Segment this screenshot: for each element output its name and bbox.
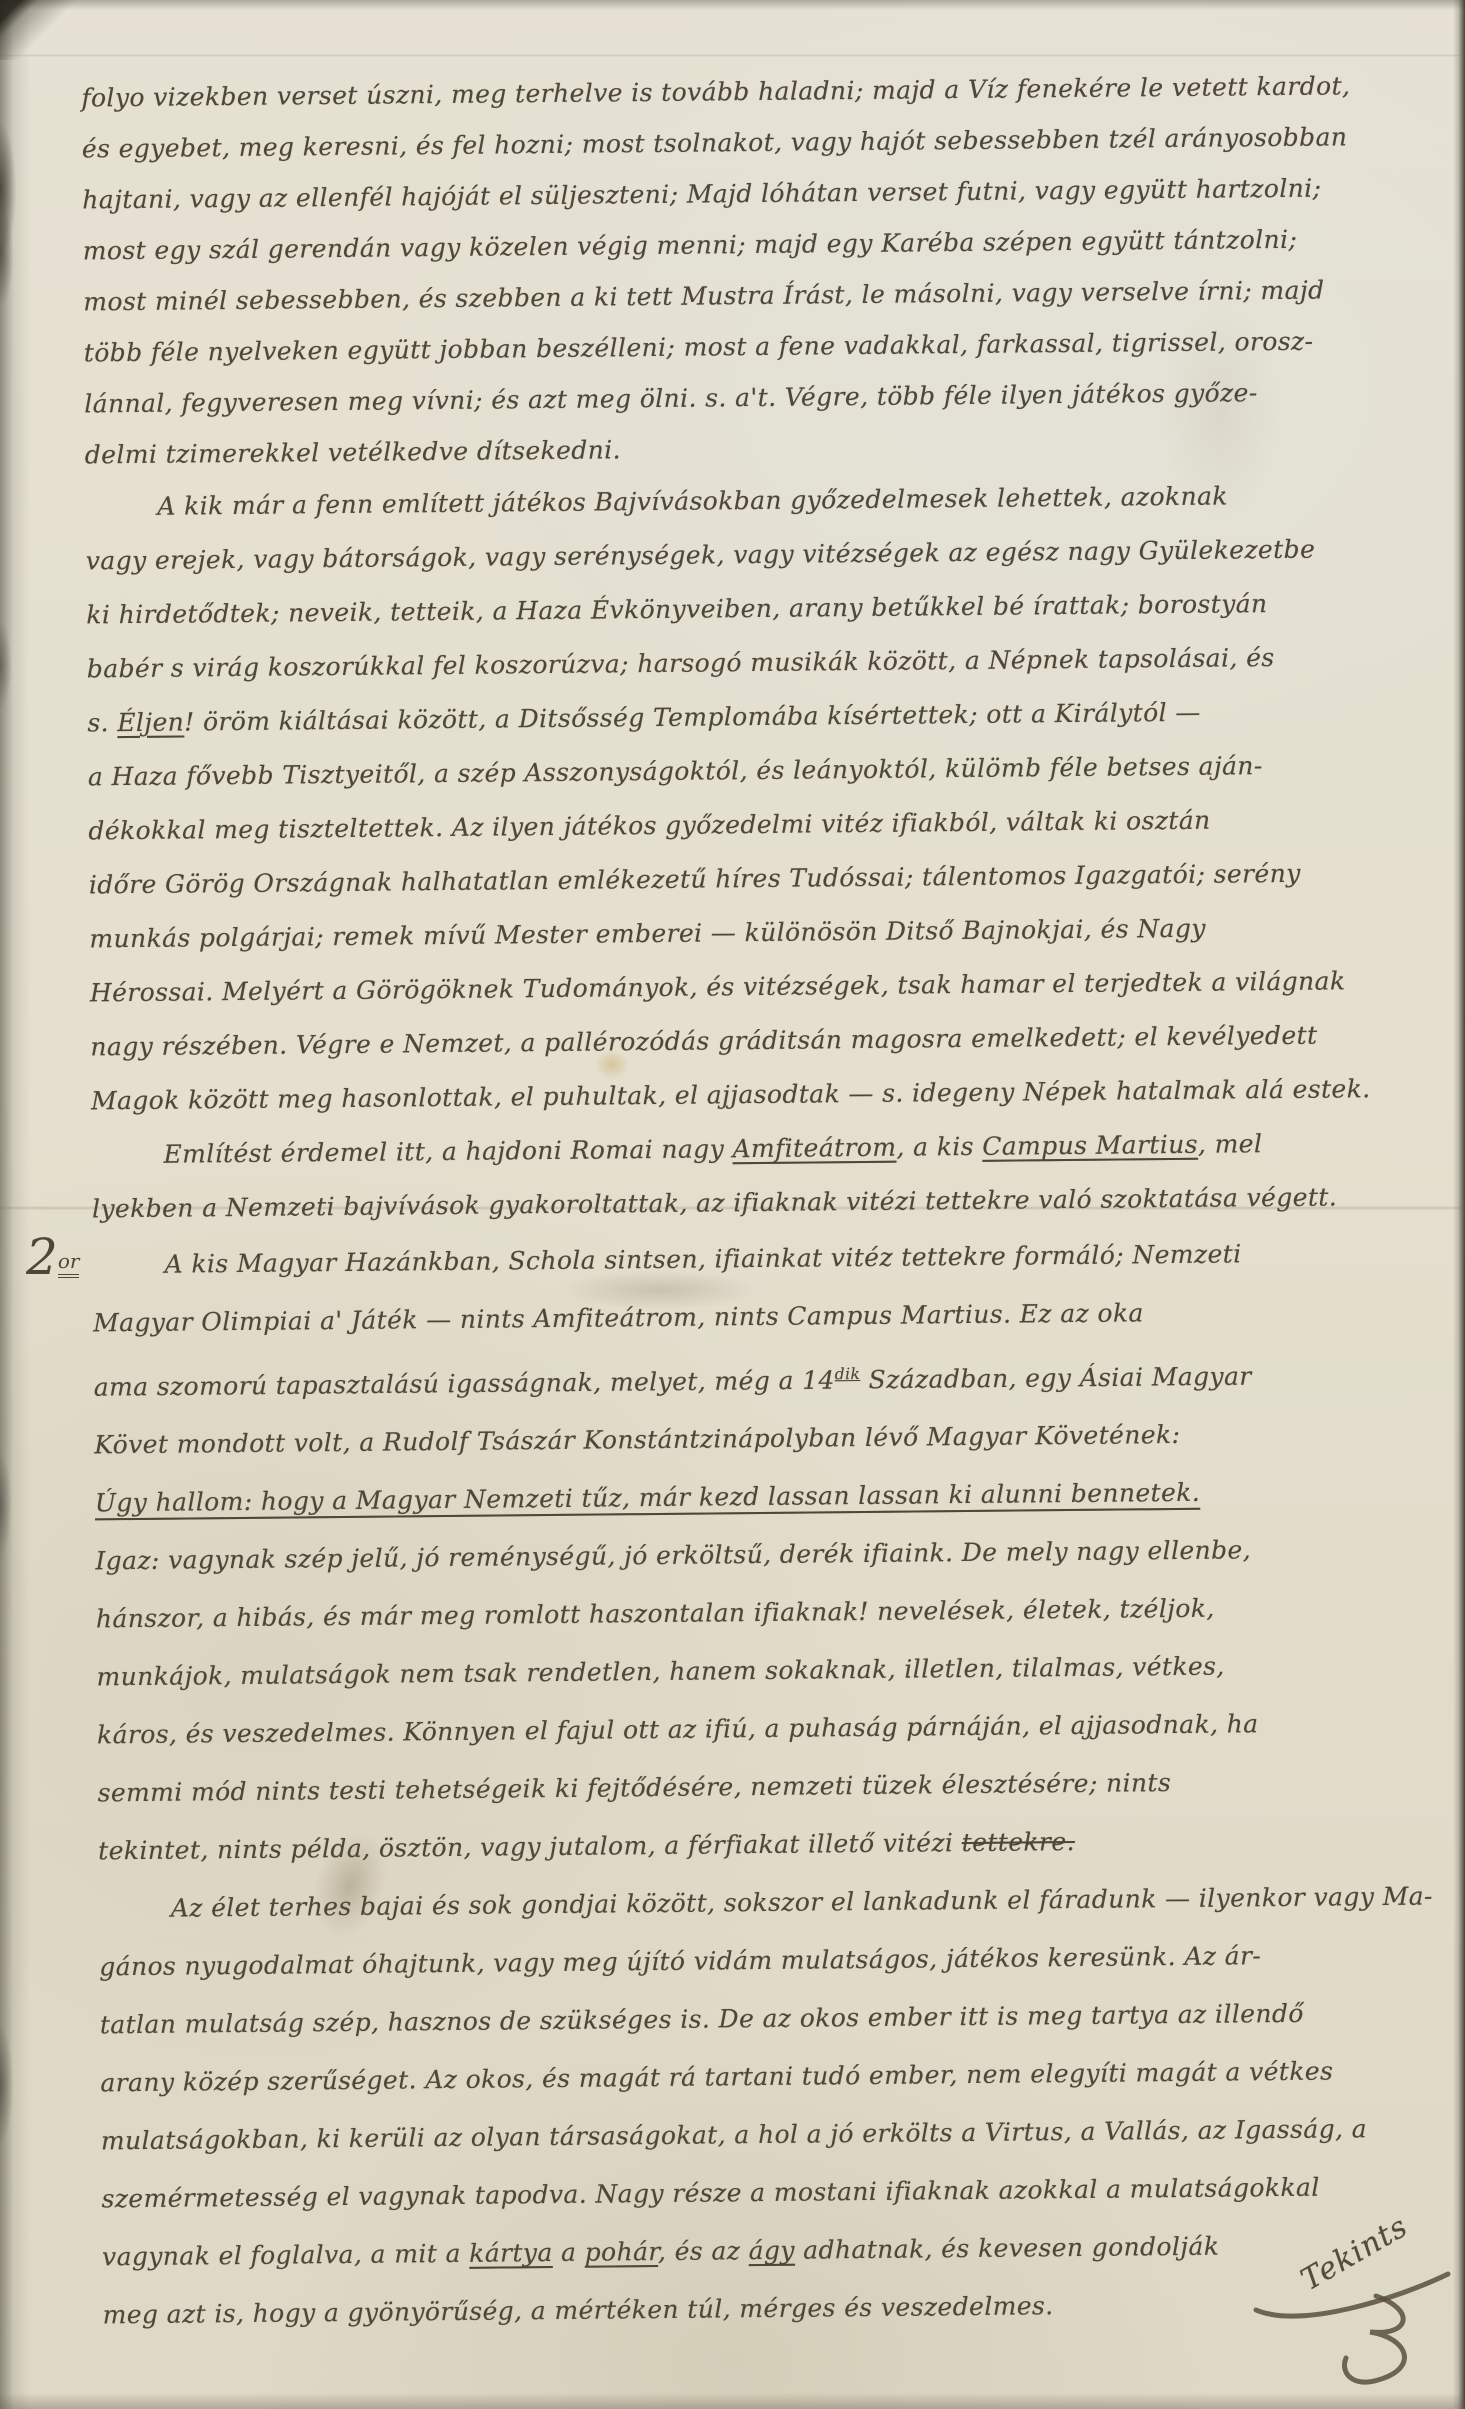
underlined-word: ágy <box>749 2236 796 2265</box>
line-segment: tekintet, nints példa, ösztön, vagy juta… <box>98 1828 962 1865</box>
manuscript-line: meg azt is, hogy a gyönyörűség, a mérték… <box>102 2274 1433 2345</box>
superscript-ordinal: dik <box>835 1365 861 1383</box>
underlined-word: pohár <box>585 2237 659 2267</box>
paragraph-2: A kik már a fenn említett játékos Bajvív… <box>85 468 1423 1237</box>
struck-word: tettekre. <box>962 1827 1075 1857</box>
manuscript-line: ama szomorú tapasztalású igasságnak, mel… <box>93 1340 1425 1417</box>
paper-edge-bottom <box>0 2393 1465 2409</box>
line-segment: , a kis <box>896 1132 982 1162</box>
line-segment: a <box>553 2238 585 2267</box>
paper-edge-top <box>0 0 1465 10</box>
underlined-word: Amfiteátrom <box>732 1133 896 1164</box>
margin-note-number: 2 <box>26 1228 58 1286</box>
line-segment: , és az <box>658 2236 749 2266</box>
underlined-word: Campus Martius <box>982 1130 1198 1161</box>
line-segment: Említést érdemel itt, a hajdoni Romai na… <box>163 1134 732 1168</box>
line-segment: adhatnak, és kevesen gondolják <box>795 2232 1220 2265</box>
paper-edge-right <box>1453 0 1465 2409</box>
manuscript-page: 2or folyo vizekben verset úszni, meg ter… <box>0 0 1465 2409</box>
line-segment: s. <box>87 708 117 737</box>
line-segment: ! öröm kiáltásai között, a Ditsősség Tem… <box>184 698 1201 737</box>
fold-crease <box>0 54 1465 57</box>
underlined-word: Éljen <box>117 707 184 737</box>
line-segment: vagynak el foglalva, a mit a <box>102 2239 469 2272</box>
underlined-word: kártya <box>469 2238 553 2268</box>
margin-note-ordinal: or <box>58 1249 80 1278</box>
paragraph-4: Az élet terhes bajai és sok gondjai közö… <box>98 1868 1433 2345</box>
manuscript-text-block: folyo vizekben verset úszni, meg terhelv… <box>81 60 1434 2345</box>
paragraph-3: A kis Magyar Hazánkban, Schola sintsen, … <box>92 1224 1429 1881</box>
line-segment: Században, egy Ásiai Magyar <box>860 1362 1252 1395</box>
line-segment: , mel <box>1198 1129 1263 1159</box>
line-segment: ama szomorú tapasztalású igasságnak, mel… <box>94 1366 835 1402</box>
catchword-flourish: Tekints <box>1248 2218 1463 2403</box>
paper-edge-left <box>0 0 30 2409</box>
margin-note-2nd: 2or <box>26 1232 79 1282</box>
paper-corner-shadow <box>0 0 90 60</box>
paragraph-1: folyo vizekben verset úszni, meg terhelv… <box>81 60 1416 481</box>
